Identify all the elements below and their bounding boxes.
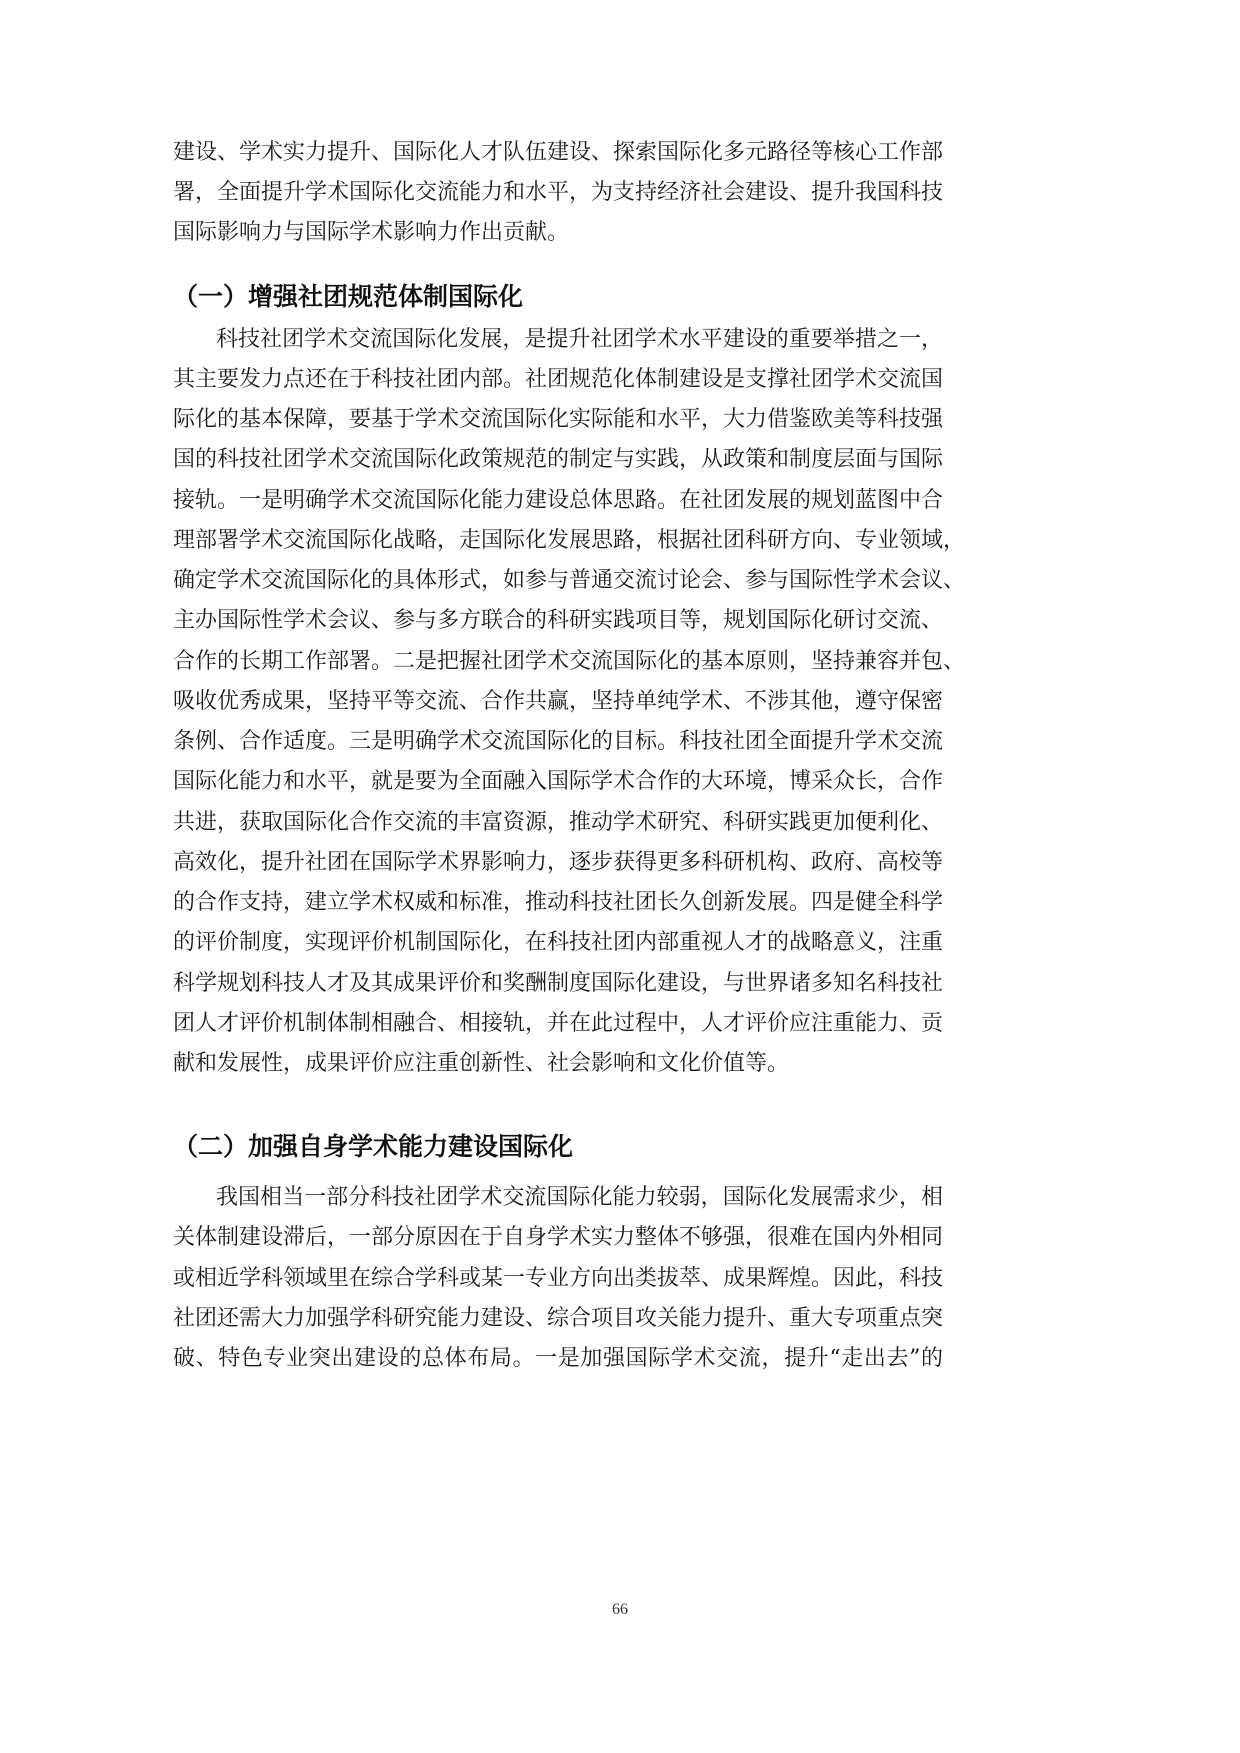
text-line: 献和发展性，成果评价应注重创新性、社会影响和文化价值等。 (173, 1047, 943, 1081)
section-heading-1: （一）增强社团规范体制国际化 (173, 277, 523, 317)
text-line: 共进，获取国际化合作交流的丰富资源，推动学术研究、科研实践更加便利化、 (173, 806, 943, 840)
text-line: 条例、合作适度。三是明确学术交流国际化的目标。科技社团全面提升学术交流 (173, 725, 943, 759)
text-line: 接轨。一是明确学术交流国际化能力建设总体思路。在社团发展的规划蓝图中合 (173, 484, 943, 518)
text-line: 团人才评价机制体制相融合、相接轨，并在此过程中，人才评价应注重能力、贡 (173, 1007, 943, 1041)
text-line: 高效化，提升社团在国际学术界影响力，逐步获得更多科研机构、政府、高校等 (173, 846, 943, 880)
text-line: 破、特色专业突出建设的总体布局。一是加强国际学术交流，提升“走出去”的 (173, 1342, 943, 1376)
text-line: 建设、学术实力提升、国际化人才队伍建设、探索国际化多元路径等核心工作部 (173, 136, 943, 170)
text-line: 国际影响力与国际学术影响力作出贡献。 (173, 216, 943, 250)
section-heading-2: （二）加强自身学术能力建设国际化 (173, 1127, 573, 1167)
text-line: 科学规划科技人才及其成果评价和奖酬制度国际化建设，与世界诸多知名科技社 (173, 967, 943, 1001)
text-line: 际化的基本保障，要基于学术交流国际化实际能和水平，大力借鉴欧美等科技强 (173, 403, 943, 437)
text-line: 我国相当一部分科技社团学术交流国际化能力较弱，国际化发展需求少，相 (216, 1181, 943, 1215)
text-line: 理部署学术交流国际化战略，走国际化发展思路，根据社团科研方向、专业领域， (173, 524, 943, 558)
text-line: 关体制建设滞后，一部分原因在于自身学术实力整体不够强，很难在国内外相同 (173, 1221, 943, 1255)
text-line: 国的科技社团学术交流国际化政策规范的制定与实践，从政策和制度层面与国际 (173, 443, 943, 477)
text-line: 吸收优秀成果，坚持平等交流、合作共赢，坚持单纯学术、不涉其他，遵守保密 (173, 685, 943, 719)
text-line: 的评价制度，实现评价机制国际化，在科技社团内部重视人才的战略意义，注重 (173, 926, 943, 960)
text-line: 其主要发力点还在于科技社团内部。社团规范化体制建设是支撑社团学术交流国 (173, 363, 943, 397)
text-line: 主办国际性学术会议、参与多方联合的科研实践项目等，规划国际化研讨交流、 (173, 604, 943, 638)
text-line: 或相近学科领域里在综合学科或某一专业方向出类拔萃、成果辉煌。因此，科技 (173, 1262, 943, 1296)
text-line: 国际化能力和水平，就是要为全面融入国际学术合作的大环境，博采众长，合作 (173, 765, 943, 799)
document-page: 建设、学术实力提升、国际化人才队伍建设、探索国际化多元路径等核心工作部 署，全面… (0, 0, 1240, 1753)
text-line: 科技社团学术交流国际化发展，是提升社团学术水平建设的重要举措之一， (216, 323, 943, 357)
text-line: 的合作支持，建立学术权威和标准，推动科技社团长久创新发展。四是健全科学 (173, 886, 943, 920)
text-line: 合作的长期工作部署。二是把握社团学术交流国际化的基本原则，坚持兼容并包、 (173, 645, 943, 679)
text-line: 确定学术交流国际化的具体形式，如参与普通交流讨论会、参与国际性学术会议、 (173, 564, 943, 598)
text-line: 社团还需大力加强学科研究能力建设、综合项目攻关能力提升、重大专项重点突 (173, 1302, 943, 1336)
text-line: 署，全面提升学术国际化交流能力和水平，为支持经济社会建设、提升我国科技 (173, 176, 943, 210)
page-number: 66 (0, 1601, 1240, 1619)
